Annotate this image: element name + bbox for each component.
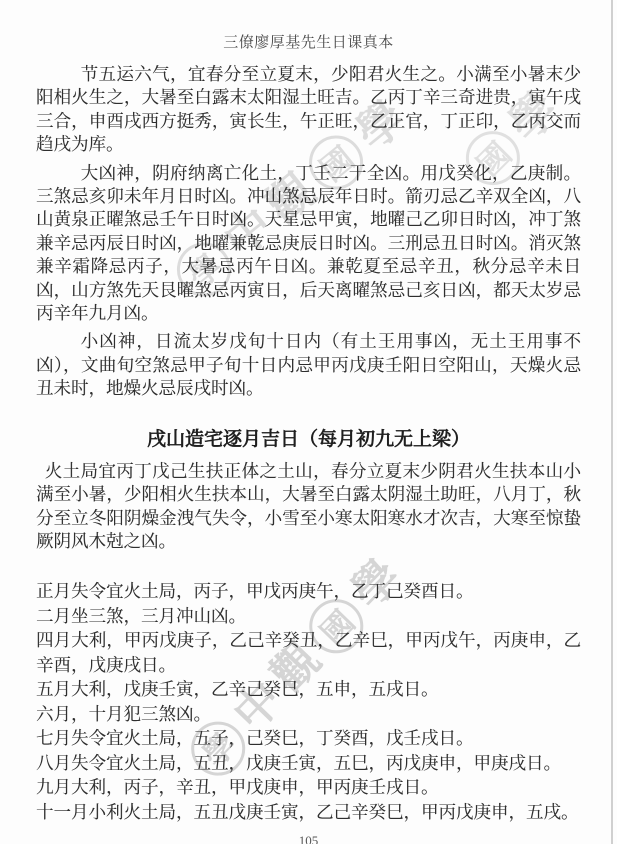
body-paragraph-3: 小凶神，日流太岁戊旬十日内（有土王用事凶，无土王用事不凶），文曲旬空煞忌甲子旬十… bbox=[36, 330, 581, 400]
page-number: 105 bbox=[36, 833, 581, 844]
scan-edge-line bbox=[611, 0, 613, 844]
month-line: 二月坐三煞，三月冲山凶。 bbox=[36, 604, 581, 629]
section-intro-paragraph: 火土局宜丙丁戊己生扶正体之土山，春分立夏末少阴君火生扶本山小满至小暑，少阳相火生… bbox=[36, 460, 581, 554]
section-heading: 戌山造宅逐月吉日（每月初九无上梁） bbox=[36, 428, 581, 452]
monthly-auspicious-days-list: 正月失令宜火土局，丙子，甲戊丙庚午，乙丁己癸酉日。 二月坐三煞，三月冲山凶。 四… bbox=[36, 579, 581, 824]
scanned-document-page: 學 中 觀 國 學 學 中 觀 國 學 國 學 三僚廖厚基先生日课真本 节五运六… bbox=[0, 0, 617, 844]
body-paragraph-2: 大凶神，阴府纳离亡化土，丁壬二干全凶。用戊癸化，乙庚制。三煞忌亥卯未年月日时凶。… bbox=[36, 162, 581, 326]
month-line: 正月失令宜火土局，丙子，甲戊丙庚午，乙丁己癸酉日。 bbox=[36, 579, 581, 604]
month-line: 九月大利，丙子，辛丑，甲戊庚申，甲丙庚壬戌日。 bbox=[36, 775, 581, 800]
month-line: 五月大利，戊庚壬寅，乙辛己癸巳，五申，五戌日。 bbox=[36, 677, 581, 702]
month-line: 十一月小利火土局，五丑戊庚壬寅，乙己辛癸巳，甲丙戊庚申，五戌。 bbox=[36, 800, 581, 825]
month-line: 四月大利，甲丙戊庚子，乙己辛癸丑，乙辛巳，甲丙戊午，丙庚申，乙辛酉，戊庚戌日。 bbox=[36, 628, 581, 677]
month-line: 六月，十月犯三煞凶。 bbox=[36, 702, 581, 727]
month-line: 八月失令宜火土局，五丑，戊庚壬寅，五巳，丙戊庚申，甲庚戌日。 bbox=[36, 751, 581, 776]
month-line: 七月失令宜火土局，五子，己癸巳，丁癸酉，戊壬戌日。 bbox=[36, 726, 581, 751]
body-paragraph-1: 节五运六气，宜春分至立夏末，少阳君火生之。小满至小暑末少阳相火生之，大暑至白露末… bbox=[36, 63, 581, 157]
page-content: 三僚廖厚基先生日课真本 节五运六气，宜春分至立夏末，少阳君火生之。小满至小暑末少… bbox=[36, 34, 581, 824]
document-title: 三僚廖厚基先生日课真本 bbox=[36, 34, 581, 52]
